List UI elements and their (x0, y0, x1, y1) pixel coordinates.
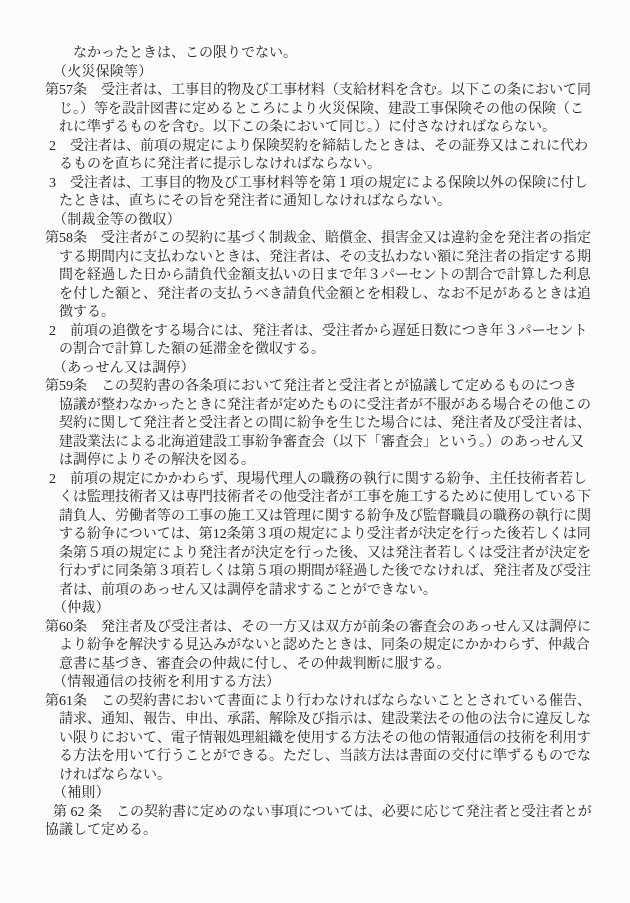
article-57-paragraph-1: 第57条 受注者は、工事目的物及び工事材料（支給材料を含む。以下この条において同… (45, 82, 592, 138)
article-57-paragraph-3: 3 受注者は、工事目的物及び工事材料等を第１項の規定による保険以外の保険に付した… (45, 175, 592, 212)
article-61-paragraph-1-line-5: ければならない。 (45, 767, 592, 786)
article-57-paragraph-3-line-2: たときは、直ちにその旨を発注者に通知しなければならない。 (45, 193, 592, 212)
previous-clause-continuation-line-1: なかったときは、この限りでない。 (45, 45, 592, 64)
article-59-paragraph-2-line-1: 2 前項の規定にかかわらず、現場代理人の職務の執行に関する紛争、主任技術者若し (45, 471, 592, 490)
heading-fire-insurance: （火災保険等） (45, 64, 592, 83)
document-page: なかったときは、この限りでない。（火災保険等）第57条 受注者は、工事目的物及び… (0, 0, 630, 903)
article-57-paragraph-3-line-1: 3 受注者は、工事目的物及び工事材料等を第１項の規定による保険以外の保険に付し (45, 175, 592, 194)
heading-information-communication-technology: （情報通信の技術を利用する方法） (45, 674, 592, 693)
article-58-paragraph-1-line-2: する期間内に支払わないときは、発注者は、その支払わない額に発注者の指定する期 (45, 249, 592, 268)
article-59-paragraph-2-line-7: 者は、前項のあっせん又は調停を請求することができない。 (45, 582, 592, 601)
article-58-paragraph-1-line-3: 間を経過した日から請負代金額支払いの日まで年３パーセントの割合で計算した利息 (45, 267, 592, 286)
article-59-paragraph-1-line-5: は調停によりその解決を図る。 (45, 452, 592, 471)
article-59-paragraph-1-line-2: 協議が整わなかったときに発注者が定めたものに受注者が不服がある場合その他この (45, 397, 592, 416)
heading-mediation-or-conciliation: （あっせん又は調停） (45, 360, 592, 379)
article-57-paragraph-2-line-1: 2 受注者は、前項の規定により保険契約を締結したときは、その証券又はこれに代わ (45, 138, 592, 157)
article-59-paragraph-2-line-4: する紛争については、第12条第３項の規定により受注者が決定を行った後若しくは同 (45, 526, 592, 545)
article-59-paragraph-1: 第59条 この契約書の各条項において発注者と受注者とが協議して定めるものにつき協… (45, 378, 592, 471)
article-60-paragraph-1-line-2: より紛争を解決する見込みがないと認めたときは、同条の規定にかかわらず、仲裁合 (45, 637, 592, 656)
article-58-paragraph-1-line-5: 徴する。 (45, 304, 592, 323)
article-59-paragraph-2-line-5: 条第５項の規定により発注者が決定を行った後、又は発注者若しくは受注者が決定を (45, 545, 592, 564)
heading-fire-insurance-line-1: （火災保険等） (45, 64, 592, 83)
article-57-paragraph-1-line-2: じ。）等を設計図書に定めるところにより火災保険、建設工事保険その他の保険（こ (45, 101, 592, 120)
heading-information-communication-technology-line-1: （情報通信の技術を利用する方法） (45, 674, 592, 693)
article-57-paragraph-2: 2 受注者は、前項の規定により保険契約を締結したときは、その証券又はこれに代わる… (45, 138, 592, 175)
heading-mediation-or-conciliation-line-1: （あっせん又は調停） (45, 360, 592, 379)
article-61-paragraph-1: 第61条 この契約書において書面により行わなければならないこととされている催告、… (45, 693, 592, 786)
heading-supplementary-provisions: （補則） (45, 785, 592, 804)
heading-penalty-collection-line-1: （制裁金等の徴収） (45, 212, 592, 231)
previous-clause-continuation: なかったときは、この限りでない。 (45, 45, 592, 64)
article-60-paragraph-1-line-1: 第60条 発注者及び受注者は、その一方又は双方が前条の審査会のあっせん又は調停に (45, 619, 592, 638)
heading-arbitration: （仲裁） (45, 600, 592, 619)
article-60-paragraph-1: 第60条 発注者及び受注者は、その一方又は双方が前条の審査会のあっせん又は調停に… (45, 619, 592, 675)
article-58-paragraph-2-line-2: の割合で計算した額の延滞金を徴収する。 (45, 341, 592, 360)
article-62-paragraph-1-line-2: 協議して定める。 (45, 822, 592, 841)
article-61-paragraph-1-line-1: 第61条 この契約書において書面により行わなければならないこととされている催告、 (45, 693, 592, 712)
article-59-paragraph-1-line-3: 契約に関して発注者と受注者との間に紛争を生じた場合には、発注者及び受注者は、 (45, 415, 592, 434)
article-60-paragraph-1-line-3: 意書に基づき、審査会の仲裁に付し、その仲裁判断に服する。 (45, 656, 592, 675)
article-58-paragraph-2-line-1: 2 前項の追徴をする場合には、発注者は、受注者から遅延日数につき年３パーセント (45, 323, 592, 342)
heading-supplementary-provisions-line-1: （補則） (45, 785, 592, 804)
article-62-paragraph-1-line-1: 第 62 条 この契約書に定めのない事項については、必要に応じて発注者と受注者と… (45, 804, 592, 823)
article-59-paragraph-2-line-2: くは監理技術者又は専門技術者その他受注者が工事を施工するために使用している下 (45, 489, 592, 508)
article-57-paragraph-2-line-2: るものを直ちに発注者に提示しなければならない。 (45, 156, 592, 175)
article-61-paragraph-1-line-2: 請求、通知、報告、申出、承諾、解除及び指示は、建設業法その他の法令に違反しな (45, 711, 592, 730)
article-61-paragraph-1-line-4: る方法を用いて行うことができる。ただし、当該方法は書面の交付に準ずるものでな (45, 748, 592, 767)
contract-clauses-text: なかったときは、この限りでない。（火災保険等）第57条 受注者は、工事目的物及び… (45, 45, 592, 841)
article-58-paragraph-1-line-1: 第58条 受注者がこの契約に基づく制裁金、賠償金、損害金又は違約金を発注者の指定 (45, 230, 592, 249)
article-59-paragraph-1-line-4: 建設業法による北海道建設工事紛争審査会（以下「審査会」という。）のあっせん又 (45, 434, 592, 453)
heading-penalty-collection: （制裁金等の徴収） (45, 212, 592, 231)
article-59-paragraph-2: 2 前項の規定にかかわらず、現場代理人の職務の執行に関する紛争、主任技術者若しく… (45, 471, 592, 601)
article-58-paragraph-2: 2 前項の追徴をする場合には、発注者は、受注者から遅延日数につき年３パーセントの… (45, 323, 592, 360)
article-62-paragraph-1: 第 62 条 この契約書に定めのない事項については、必要に応じて発注者と受注者と… (45, 804, 592, 841)
heading-arbitration-line-1: （仲裁） (45, 600, 592, 619)
article-59-paragraph-2-line-6: 行わずに同条第３項若しくは第５項の期間が経過した後でなければ、発注者及び受注 (45, 563, 592, 582)
article-61-paragraph-1-line-3: い限りにおいて、電子情報処理組織を使用する方法その他の情報通信の技術を利用す (45, 730, 592, 749)
article-59-paragraph-2-line-3: 請負人、労働者等の工事の施工又は管理に関する紛争及び監督職員の職務の執行に関 (45, 508, 592, 527)
article-58-paragraph-1: 第58条 受注者がこの契約に基づく制裁金、賠償金、損害金又は違約金を発注者の指定… (45, 230, 592, 323)
article-57-paragraph-1-line-1: 第57条 受注者は、工事目的物及び工事材料（支給材料を含む。以下この条において同 (45, 82, 592, 101)
article-59-paragraph-1-line-1: 第59条 この契約書の各条項において発注者と受注者とが協議して定めるものにつき (45, 378, 592, 397)
article-58-paragraph-1-line-4: を付した額と、発注者の支払うべき請負代金額とを相殺し、なお不足があるときは追 (45, 286, 592, 305)
article-57-paragraph-1-line-3: れに準ずるものを含む。以下この条において同じ。）に付さなければならない。 (45, 119, 592, 138)
